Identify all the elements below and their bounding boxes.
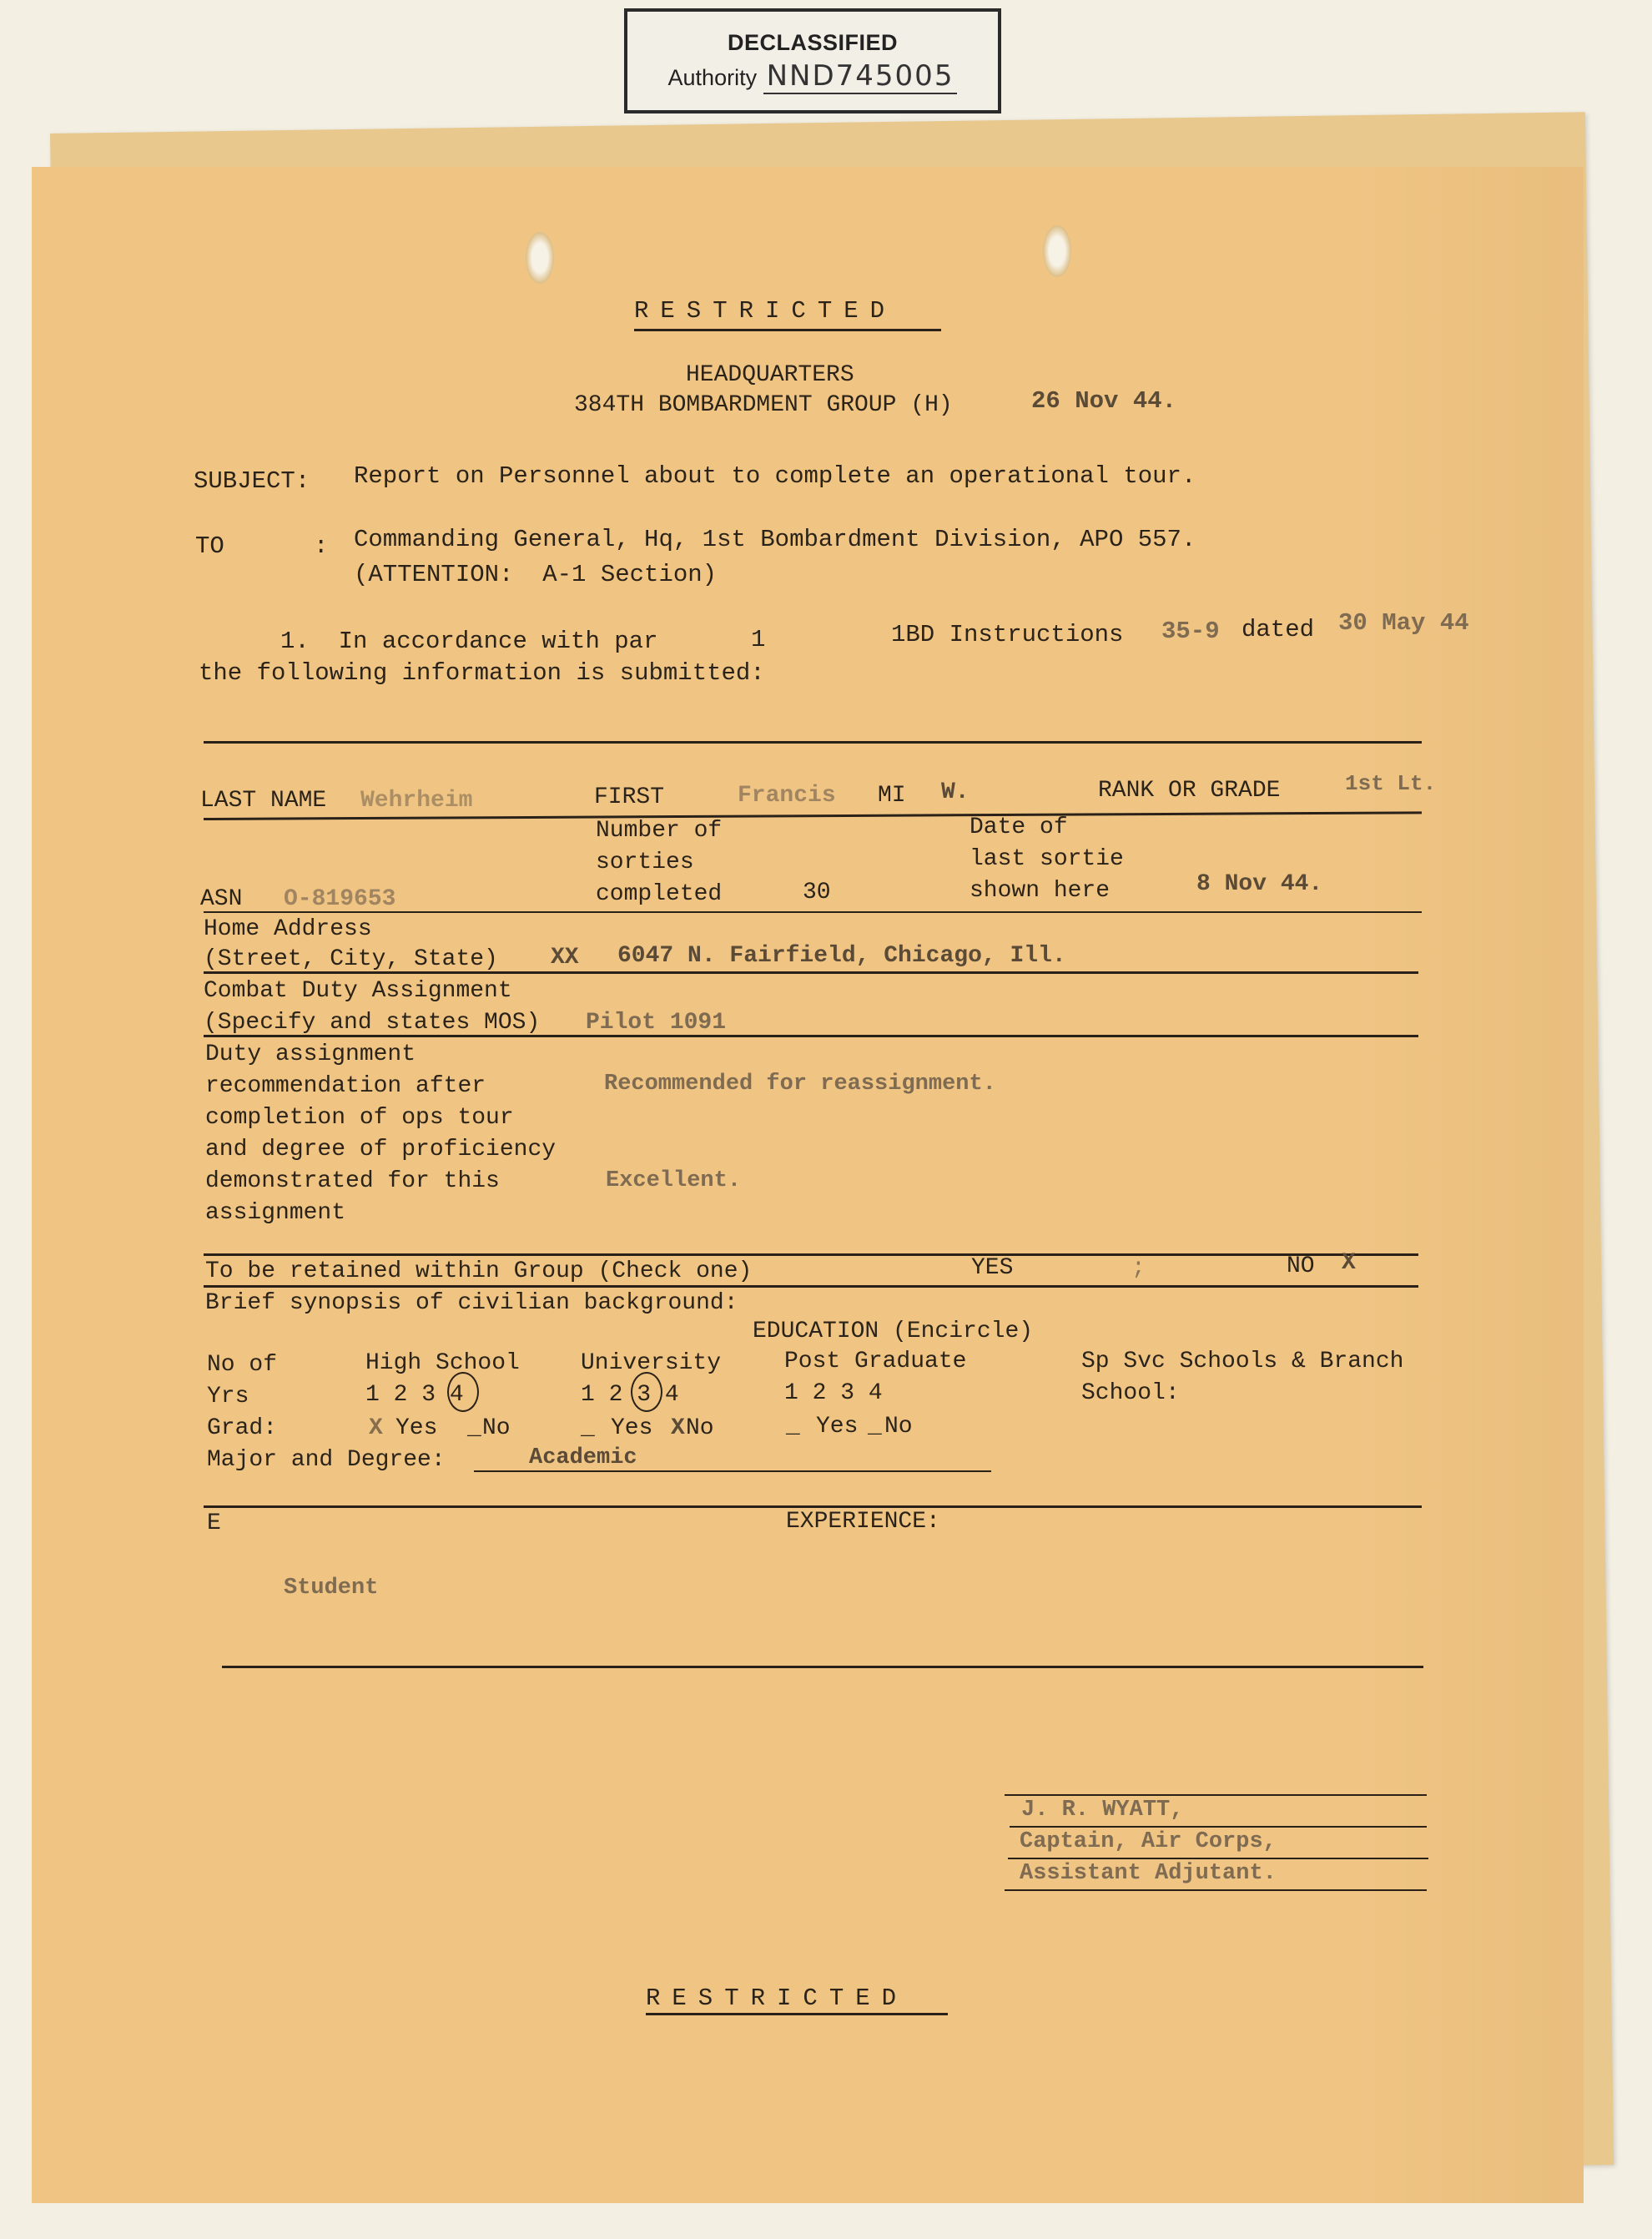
- experience-label: EXPERIENCE:: [786, 1510, 940, 1534]
- signature-title: Captain, Air Corps,: [1020, 1831, 1277, 1853]
- punch-hole-left: [526, 232, 554, 284]
- university-grad-no-mark[interactable]: X: [671, 1417, 685, 1440]
- para1-prefix: 1. In accordance with par: [280, 629, 657, 653]
- education-row-label-2: Yrs: [207, 1385, 249, 1409]
- home-address-strike: XX: [551, 946, 579, 970]
- retained-label: To be retained within Group (Check one): [205, 1260, 752, 1283]
- high-school-circled-year: [447, 1372, 479, 1412]
- civilian-label: Brief synopsis of civilian background:: [205, 1292, 738, 1315]
- retained-yes-label: YES: [971, 1257, 1013, 1280]
- asn-label: ASN: [200, 888, 242, 911]
- retained-top-rule: [204, 1253, 1418, 1256]
- retained-yes-mark[interactable]: ;: [1131, 1257, 1146, 1280]
- duty-rec-label-4: and degree of proficiency: [205, 1138, 556, 1162]
- subject-label: SUBJECT:: [194, 469, 310, 493]
- experience-bottom-rule: [222, 1666, 1423, 1668]
- home-address-rule: [204, 971, 1418, 974]
- proficiency-value[interactable]: Excellent.: [606, 1170, 741, 1193]
- sorties-label-1: Number of: [596, 819, 722, 843]
- to-line2: (ATTENTION: A-1 Section): [354, 562, 717, 587]
- duty-rec-label-1: Duty assignment: [205, 1043, 416, 1067]
- signature-rule-3: [1008, 1858, 1428, 1859]
- classification-top: RESTRICTED: [634, 299, 896, 323]
- retained-no-mark[interactable]: X: [1342, 1252, 1356, 1275]
- duty-rec-label-5: demonstrated for this: [205, 1170, 500, 1193]
- last-name-label: LAST NAME: [200, 789, 326, 813]
- home-address-label-1: Home Address: [204, 918, 372, 941]
- para1-instructions-number: 35-9: [1161, 619, 1220, 643]
- combat-duty-value[interactable]: Pilot 1091: [586, 1011, 726, 1035]
- last-name-value[interactable]: Wehrheim: [360, 789, 472, 813]
- sorties-label-2: sorties: [596, 851, 694, 875]
- signature-rule-2: [1010, 1826, 1427, 1828]
- mi-value[interactable]: W.: [941, 781, 970, 804]
- education-high-school-label: High School: [365, 1352, 520, 1375]
- punch-hole-right: [1043, 225, 1071, 277]
- home-address-value[interactable]: 6047 N. Fairfield, Chicago, Ill.: [617, 945, 1066, 968]
- mi-label: MI: [878, 784, 906, 808]
- sp-svc-label-1: Sp Svc Schools & Branch: [1081, 1350, 1403, 1374]
- high-school-grad-no: No: [482, 1417, 511, 1440]
- classification-bottom: RESTRICTED: [646, 1986, 908, 2010]
- last-sortie-label-2: last sortie: [970, 848, 1124, 871]
- first-name-label: FIRST: [594, 786, 664, 809]
- combat-duty-label-2: (Specify and states MOS): [204, 1011, 540, 1035]
- classification-top-underline: [634, 329, 941, 331]
- rank-label: RANK OR GRADE: [1098, 779, 1280, 803]
- stamp-title: DECLASSIFIED: [627, 30, 998, 56]
- education-grad-label: Grad:: [207, 1417, 277, 1440]
- education-university-years[interactable]: 1 2 3 4: [581, 1384, 679, 1407]
- education-university-label: University: [581, 1352, 721, 1375]
- major-underline: [474, 1470, 991, 1472]
- org-group: 384TH BOMBARDMENT GROUP (H): [574, 394, 953, 417]
- duty-rec-label-2: recommendation after: [205, 1075, 486, 1098]
- stamp-authority-label: Authority: [668, 65, 758, 90]
- declassified-stamp: DECLASSIFIED Authority NND745005: [624, 8, 1001, 113]
- high-school-grad-yes-mark[interactable]: X: [369, 1417, 383, 1440]
- retained-no-label: NO: [1287, 1255, 1315, 1278]
- high-school-grad-yes: Yes: [395, 1417, 437, 1440]
- university-grad-yes-mark[interactable]: _: [581, 1417, 595, 1440]
- sp-svc-label-2: School:: [1081, 1382, 1180, 1405]
- to-line1: Commanding General, Hq, 1st Bombardment …: [354, 527, 1196, 552]
- para1-dated-value: 30 May 44: [1338, 611, 1469, 635]
- last-sortie-label-3: shown here: [970, 880, 1110, 903]
- para1-dated-label: dated: [1242, 618, 1314, 642]
- rank-value[interactable]: 1st Lt.: [1345, 773, 1436, 794]
- last-sortie-value[interactable]: 8 Nov 44.: [1196, 873, 1322, 896]
- education-row-label-1: No of: [207, 1354, 277, 1377]
- signature-role: Assistant Adjutant.: [1020, 1863, 1277, 1885]
- education-label: EDUCATION (Encircle): [753, 1320, 1033, 1344]
- high-school-grad-no-mark[interactable]: _: [467, 1417, 481, 1440]
- signature-rule-4: [1005, 1889, 1427, 1891]
- subject-value: Report on Personnel about to complete an…: [354, 464, 1196, 488]
- university-grad-yes: Yes: [611, 1417, 652, 1440]
- university-circled-year: [631, 1372, 662, 1412]
- combat-duty-rule: [204, 1035, 1418, 1037]
- sorties-value[interactable]: 30: [803, 881, 831, 905]
- sorties-label-3: completed: [596, 883, 722, 906]
- document-date: 26 Nov 44.: [1031, 389, 1176, 413]
- retained-bottom-rule: [204, 1285, 1418, 1288]
- post-graduate-grad-yes-mark[interactable]: _: [786, 1415, 800, 1439]
- experience-left-label: E: [207, 1512, 221, 1536]
- para1-instructions-label: 1BD Instructions: [891, 623, 1123, 647]
- first-name-value[interactable]: Francis: [738, 784, 836, 808]
- post-graduate-grad-yes: Yes: [816, 1415, 858, 1439]
- experience-top-rule: [204, 1505, 1422, 1508]
- post-graduate-grad-no: No: [884, 1415, 913, 1439]
- asn-row-rule: [204, 911, 1422, 913]
- to-label: TO: [195, 534, 224, 558]
- form-top-rule: [204, 741, 1422, 744]
- combat-duty-label-1: Combat Duty Assignment: [204, 980, 512, 1003]
- duty-rec-value[interactable]: Recommended for reassignment.: [604, 1073, 996, 1096]
- stamp-authority-value: NND745005: [763, 59, 958, 94]
- para1-line2: the following information is submitted:: [199, 661, 765, 685]
- education-post-graduate-label: Post Graduate: [784, 1350, 966, 1374]
- last-sortie-label-1: Date of: [970, 816, 1068, 840]
- org-headquarters: HEADQUARTERS: [686, 364, 854, 387]
- experience-value[interactable]: Student: [284, 1577, 378, 1600]
- asn-value[interactable]: O-819653: [284, 888, 395, 911]
- duty-rec-label-3: completion of ops tour: [205, 1107, 514, 1130]
- duty-rec-label-6: assignment: [205, 1202, 345, 1225]
- major-label: Major and Degree:: [207, 1449, 446, 1472]
- to-colon: :: [314, 534, 328, 558]
- stamp-authority: Authority NND745005: [627, 59, 998, 94]
- education-post-graduate-years[interactable]: 1 2 3 4: [784, 1382, 883, 1405]
- signature-rule-1: [1005, 1794, 1427, 1796]
- university-grad-no: No: [686, 1417, 714, 1440]
- signature-name: J. R. WYATT,: [1021, 1799, 1183, 1822]
- post-graduate-grad-no-mark[interactable]: _: [868, 1415, 882, 1439]
- para1-par-number: 1: [751, 628, 765, 652]
- major-value[interactable]: Academic: [529, 1447, 637, 1470]
- classification-bottom-underline: [646, 2013, 948, 2015]
- home-address-label-2: (Street, City, State): [204, 948, 498, 971]
